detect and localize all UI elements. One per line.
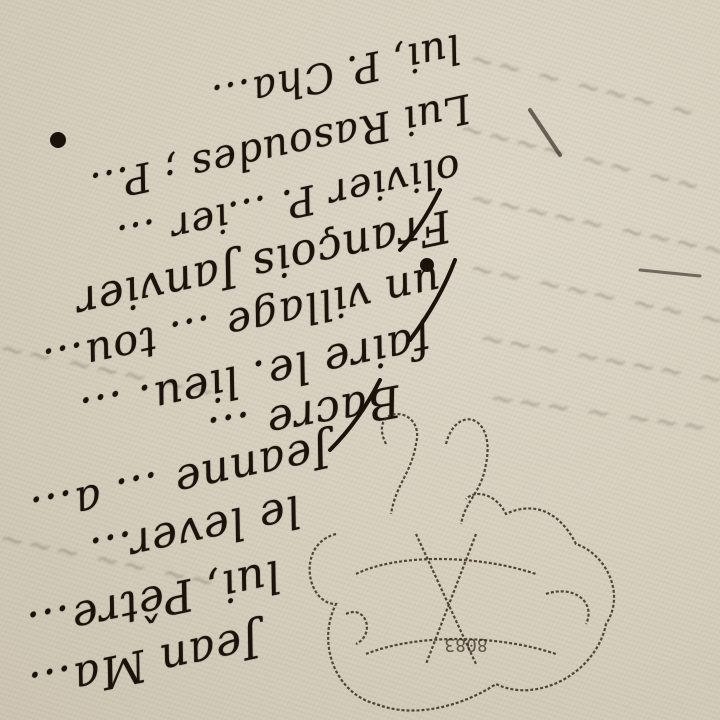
manuscript-photo: ~~ ~ ~~~ ~ ~~~~ ~~ ~~ ~~~~~ ~~~~~ ~~ ~~~… <box>0 0 720 720</box>
revenue-stamp: 8083 <box>296 404 636 720</box>
stamp-number: 8083 <box>444 634 487 655</box>
